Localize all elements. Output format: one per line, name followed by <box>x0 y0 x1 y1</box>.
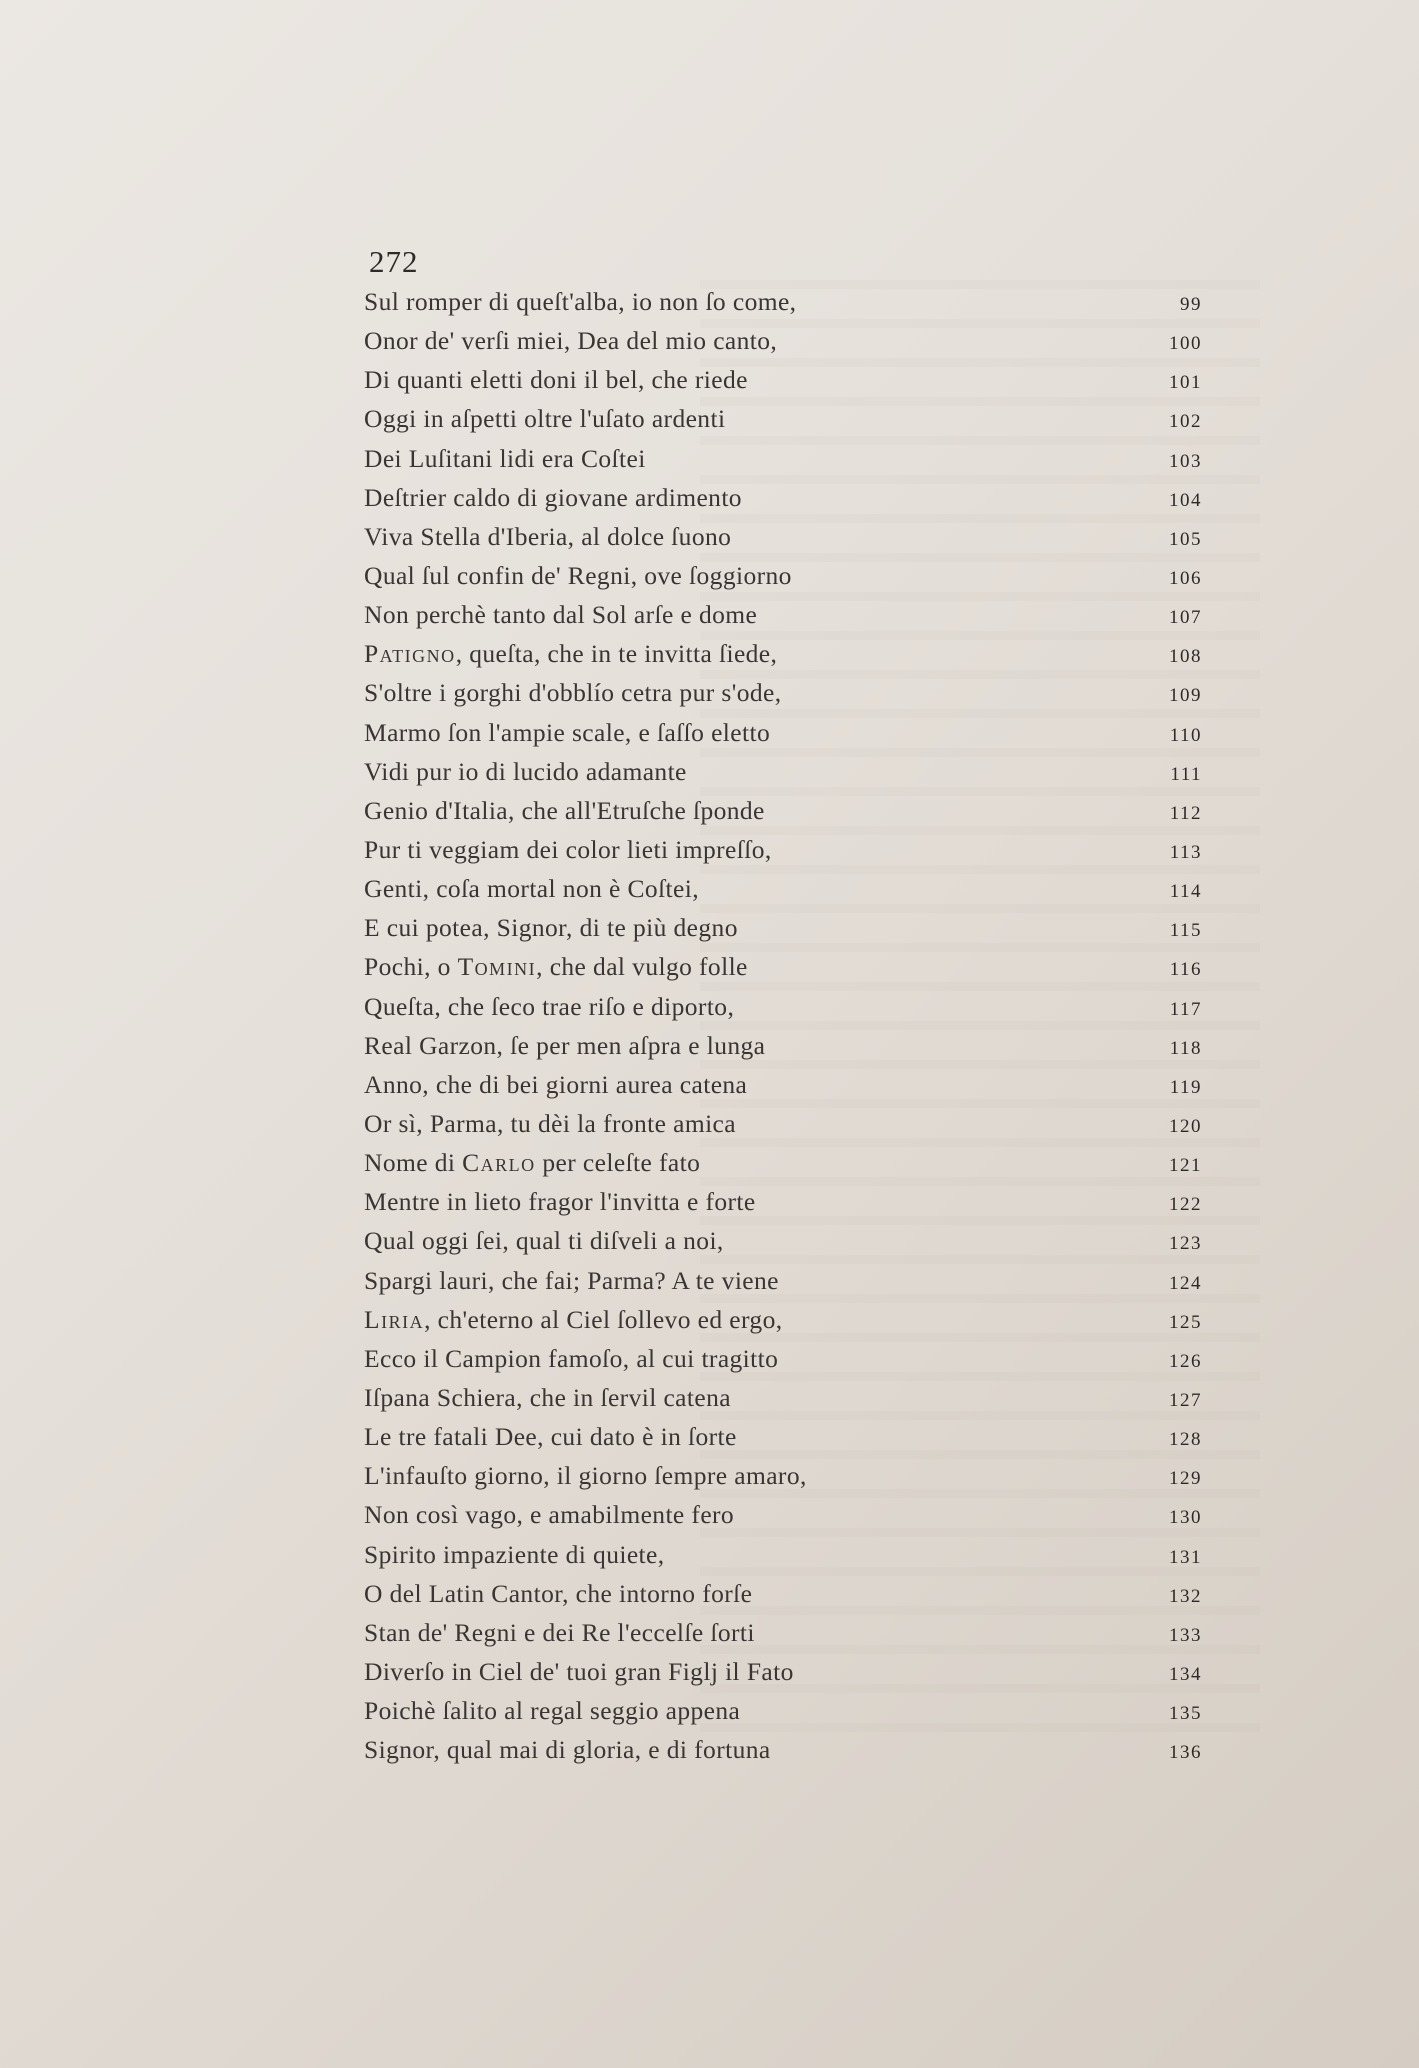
index-entry: Deſtrier caldo di giovane ardimento 104 <box>364 478 1202 517</box>
entry-first-line: Oggi in aſpetti oltre l'uſato ardenti <box>364 399 725 438</box>
index-entry: Diverſo in Ciel de' tuoi gran Figlj il F… <box>364 1652 1202 1691</box>
entry-page-number: 120 <box>1169 1107 1202 1146</box>
entry-first-line: S'oltre i gorghi d'obblío cetra pur s'od… <box>364 673 782 712</box>
entry-page-number: 129 <box>1169 1459 1202 1498</box>
index-entry: Iſpana Schiera, che in ſervil catena 127 <box>364 1378 1202 1417</box>
index-entry: Pochi, o Tomini, che dal vulgo folle 116 <box>364 947 1202 986</box>
entry-page-number: 131 <box>1169 1538 1202 1577</box>
entry-page-number: 134 <box>1169 1655 1202 1694</box>
entry-page-number: 108 <box>1169 637 1202 676</box>
index-entry: Vidi pur io di lucido adamante 111 <box>364 752 1202 791</box>
index-entry: Qual ſul confin de' Regni, ove ſoggiorno… <box>364 556 1202 595</box>
index-entry: Onor de' verſi miei, Dea del mio canto, … <box>364 321 1202 360</box>
index-entry: S'oltre i gorghi d'obblío cetra pur s'od… <box>364 673 1202 712</box>
entry-first-line: Sul romper di queſt'alba, io non ſo come… <box>364 282 796 321</box>
entry-first-line: Signor, qual mai di gloria, e di fortuna <box>364 1730 771 1769</box>
entry-page-number: 104 <box>1169 481 1202 520</box>
entry-first-line: Onor de' verſi miei, Dea del mio canto, <box>364 321 777 360</box>
index-entry: Or sì, Parma, tu dèi la fronte amica 120 <box>364 1104 1202 1143</box>
entry-page-number: 107 <box>1169 598 1202 637</box>
index-entry: Spirito impaziente di quiete, 131 <box>364 1535 1202 1574</box>
small-caps-name: Patigno <box>364 639 456 668</box>
entry-page-number: 116 <box>1170 950 1202 989</box>
index-entry: Ecco il Campion famoſo, al cui tragitto … <box>364 1339 1202 1378</box>
entry-first-line: Ecco il Campion famoſo, al cui tragitto <box>364 1339 778 1378</box>
index-entry: Spargi lauri, che fai; Parma? A te viene… <box>364 1261 1202 1300</box>
page-number: 272 <box>369 244 419 280</box>
entry-page-number: 118 <box>1170 1029 1202 1068</box>
entry-page-number: 136 <box>1169 1733 1202 1772</box>
entry-first-line: Anno, che di bei giorni aurea catena <box>364 1065 747 1104</box>
entry-first-line: Non perchè tanto dal Sol arſe e dome <box>364 595 757 634</box>
entry-page-number: 101 <box>1169 363 1202 402</box>
entry-page-number: 102 <box>1169 402 1202 441</box>
small-caps-name: Carlo <box>462 1148 536 1177</box>
index-entry: Oggi in aſpetti oltre l'uſato ardenti 10… <box>364 399 1202 438</box>
entry-first-line: Vidi pur io di lucido adamante <box>364 752 687 791</box>
index-entry: Patigno, queſta, che in te invitta ſiede… <box>364 634 1202 673</box>
entry-page-number: 113 <box>1170 833 1202 872</box>
entry-page-number: 127 <box>1169 1381 1202 1420</box>
entry-page-number: 100 <box>1169 324 1202 363</box>
entry-page-number: 112 <box>1170 794 1202 833</box>
entry-page-number: 110 <box>1170 716 1202 755</box>
index-entry: Nome di Carlo per celeſte fato 121 <box>364 1143 1202 1182</box>
index-entry: Genti, coſa mortal non è Coſtei, 114 <box>364 869 1202 908</box>
entry-first-line: O del Latin Cantor, che intorno forſe <box>364 1574 752 1613</box>
entry-page-number: 99 <box>1180 285 1202 324</box>
index-entry: Mentre in lieto fragor l'invitta e forte… <box>364 1182 1202 1221</box>
index-entry: Viva Stella d'Iberia, al dolce ſuono 105 <box>364 517 1202 556</box>
entry-page-number: 124 <box>1169 1264 1202 1303</box>
index-entry: Poichè ſalito al regal seggio appena 135 <box>364 1691 1202 1730</box>
entry-first-line: Genti, coſa mortal non è Coſtei, <box>364 869 699 908</box>
entry-page-number: 125 <box>1169 1303 1202 1342</box>
entry-first-line: Queſta, che ſeco trae riſo e diporto, <box>364 987 734 1026</box>
entry-first-line: Viva Stella d'Iberia, al dolce ſuono <box>364 517 731 556</box>
entry-page-number: 123 <box>1169 1224 1202 1263</box>
index-entry: Non così vago, e amabilmente fero 130 <box>364 1495 1202 1534</box>
entry-page-number: 133 <box>1169 1616 1202 1655</box>
entry-first-line: Marmo ſon l'ampie scale, e ſaſſo eletto <box>364 713 770 752</box>
entry-first-line: Dei Luſitani lidi era Coſtei <box>364 439 646 478</box>
entry-page-number: 135 <box>1169 1694 1202 1733</box>
entry-first-line: Diverſo in Ciel de' tuoi gran Figlj il F… <box>364 1652 794 1691</box>
index-entry: Liria, ch'eterno al Ciel ſollevo ed ergo… <box>364 1300 1202 1339</box>
entry-page-number: 126 <box>1169 1342 1202 1381</box>
index-entry: L'infauſto giorno, il giorno ſempre amar… <box>364 1456 1202 1495</box>
entry-page-number: 122 <box>1169 1185 1202 1224</box>
index-entry: Qual oggi ſei, qual ti diſveli a noi, 12… <box>364 1221 1202 1260</box>
entry-first-line: Mentre in lieto fragor l'invitta e forte <box>364 1182 756 1221</box>
entry-first-line: Pur ti veggiam dei color lieti impreſſo, <box>364 830 772 869</box>
entry-first-line: Qual ſul confin de' Regni, ove ſoggiorno <box>364 556 792 595</box>
index-entry: Genio d'Italia, che all'Etruſche ſponde … <box>364 791 1202 830</box>
entry-first-line: Pochi, o Tomini, che dal vulgo folle <box>364 947 748 986</box>
entry-first-line: Non così vago, e amabilmente fero <box>364 1495 734 1534</box>
index-entry: Di quanti eletti doni il bel, che riede … <box>364 360 1202 399</box>
index-entry: Anno, che di bei giorni aurea catena 119 <box>364 1065 1202 1104</box>
small-caps-name: Liria <box>364 1305 424 1334</box>
entry-first-line: Poichè ſalito al regal seggio appena <box>364 1691 740 1730</box>
entry-page-number: 114 <box>1170 872 1202 911</box>
index-entry: Signor, qual mai di gloria, e di fortuna… <box>364 1730 1202 1769</box>
entry-page-number: 111 <box>1170 755 1202 794</box>
entry-first-line: Spirito impaziente di quiete, <box>364 1535 665 1574</box>
entry-page-number: 103 <box>1169 442 1202 481</box>
entry-first-line: E cui potea, Signor, di te più degno <box>364 908 738 947</box>
entry-page-number: 121 <box>1169 1146 1202 1185</box>
index-entry: Sul romper di queſt'alba, io non ſo come… <box>364 282 1202 321</box>
entry-first-line: Patigno, queſta, che in te invitta ſiede… <box>364 634 777 673</box>
entry-first-line: Genio d'Italia, che all'Etruſche ſponde <box>364 791 765 830</box>
entry-first-line: Liria, ch'eterno al Ciel ſollevo ed ergo… <box>364 1300 783 1339</box>
entry-page-number: 119 <box>1170 1068 1202 1107</box>
entry-first-line: Deſtrier caldo di giovane ardimento <box>364 478 742 517</box>
entry-first-line: Iſpana Schiera, che in ſervil catena <box>364 1378 731 1417</box>
entry-first-line: Or sì, Parma, tu dèi la fronte amica <box>364 1104 736 1143</box>
entry-first-line: L'infauſto giorno, il giorno ſempre amar… <box>364 1456 807 1495</box>
index-entry: Non perchè tanto dal Sol arſe e dome 107 <box>364 595 1202 634</box>
index-entry: E cui potea, Signor, di te più degno 115 <box>364 908 1202 947</box>
entry-page-number: 132 <box>1169 1577 1202 1616</box>
index-entry: Marmo ſon l'ampie scale, e ſaſſo eletto … <box>364 713 1202 752</box>
entry-first-line: Real Garzon, ſe per men aſpra e lunga <box>364 1026 765 1065</box>
small-caps-name: Tomini <box>458 952 537 981</box>
entry-page-number: 130 <box>1169 1498 1202 1537</box>
index-entry: Le tre fatali Dee, cui dato è in ſorte 1… <box>364 1417 1202 1456</box>
entry-page-number: 115 <box>1170 911 1202 950</box>
index-entry: Real Garzon, ſe per men aſpra e lunga 11… <box>364 1026 1202 1065</box>
entry-first-line: Nome di Carlo per celeſte fato <box>364 1143 700 1182</box>
index-entry: O del Latin Cantor, che intorno forſe 13… <box>364 1574 1202 1613</box>
index-entry: Dei Luſitani lidi era Coſtei 103 <box>364 439 1202 478</box>
index-entry: Stan de' Regni e dei Re l'eccelſe ſorti … <box>364 1613 1202 1652</box>
entry-page-number: 128 <box>1169 1420 1202 1459</box>
entry-page-number: 105 <box>1169 520 1202 559</box>
entry-first-line: Spargi lauri, che fai; Parma? A te viene <box>364 1261 779 1300</box>
entry-first-line: Le tre fatali Dee, cui dato è in ſorte <box>364 1417 737 1456</box>
index-of-first-lines: Sul romper di queſt'alba, io non ſo come… <box>364 282 1202 1769</box>
index-entry: Queſta, che ſeco trae riſo e diporto, 11… <box>364 987 1202 1026</box>
entry-page-number: 106 <box>1169 559 1202 598</box>
index-entry: Pur ti veggiam dei color lieti impreſſo,… <box>364 830 1202 869</box>
entry-first-line: Qual oggi ſei, qual ti diſveli a noi, <box>364 1221 724 1260</box>
entry-first-line: Stan de' Regni e dei Re l'eccelſe ſorti <box>364 1613 755 1652</box>
entry-page-number: 117 <box>1170 990 1202 1029</box>
entry-page-number: 109 <box>1169 676 1202 715</box>
entry-first-line: Di quanti eletti doni il bel, che riede <box>364 360 748 399</box>
